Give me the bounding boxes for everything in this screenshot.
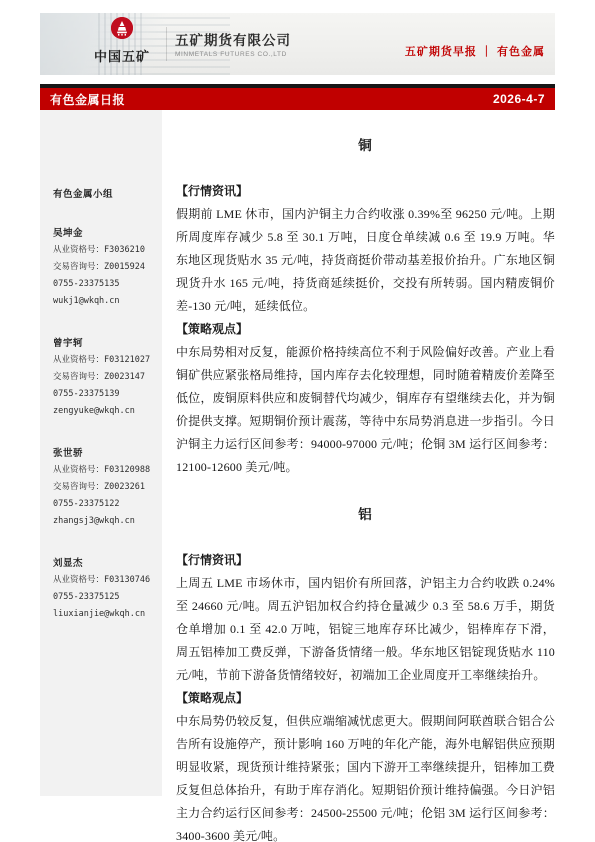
aluminum-strategy-text: 中东局势仍较反复，但供应端缩减忧虑更大。假期间阿联酋联合铝合公告所有设施停产，预… [176, 710, 555, 842]
analyst-email: liuxianjie@wkqh.cn [53, 606, 156, 623]
analyst-qualification: 从业资格号：F03120988 [53, 462, 156, 479]
analyst-consult-no: 交易咨询号：Z0023147 [53, 369, 156, 386]
analyst-card: 吴坤金 从业资格号：F3036210 交易咨询号：Z0015924 0755-2… [53, 225, 156, 310]
analyst-email: zengyuke@wkqh.cn [53, 403, 156, 420]
analyst-sidebar: 有色金属小组 吴坤金 从业资格号：F3036210 交易咨询号：Z0015924… [40, 110, 162, 796]
company-name-en: MINMETALS FUTURES CO.,LTD [175, 51, 291, 58]
analyst-email: wukj1@wkqh.cn [53, 293, 156, 310]
analyst-qualification: 从业资格号：F3036210 [53, 242, 156, 259]
minmetals-emblem-icon [111, 17, 133, 39]
analyst-consult-no: 交易咨询号：Z0023261 [53, 479, 156, 496]
company-name-cn: 五矿期货有限公司 [175, 29, 291, 49]
copper-strategy-text: 中东局势相对反复，能源价格持续高位不利于风险偏好改善。产业上看铜矿供应紧张格局维… [176, 341, 555, 479]
analyst-phone: 0755-23375135 [53, 276, 156, 293]
analyst-name: 刘显杰 [53, 555, 156, 569]
analyst-name: 曾宇轲 [53, 335, 156, 349]
report-page: 中国五矿 五矿期货有限公司 MINMETALS FUTURES CO.,LTD … [0, 0, 595, 842]
analyst-phone: 0755-23375122 [53, 496, 156, 513]
title-bar: 有色金属日报 2026-4-7 [40, 84, 555, 110]
header-banner: 中国五矿 五矿期货有限公司 MINMETALS FUTURES CO.,LTD … [40, 13, 555, 75]
report-series-label: 五矿期货早报 ｜ 有色金属 [405, 43, 545, 59]
brand-divider [166, 27, 167, 61]
brand-logo-text: 中国五矿 [86, 46, 158, 65]
brand-logo: 中国五矿 [86, 17, 158, 65]
aluminum-market-heading: 【行情资讯】 [176, 549, 555, 572]
company-name: 五矿期货有限公司 MINMETALS FUTURES CO.,LTD [175, 29, 291, 58]
team-title: 有色金属小组 [53, 186, 156, 200]
analyst-phone: 0755-23375125 [53, 589, 156, 606]
analyst-email: zhangsj3@wkqh.cn [53, 513, 156, 530]
analyst-qualification: 从业资格号：F03121027 [53, 352, 156, 369]
report-body: 铜 【行情资讯】 假期前 LME 休市，国内沪铜主力合约收涨 0.39%至 96… [176, 110, 555, 842]
copper-market-text: 假期前 LME 休市，国内沪铜主力合约收涨 0.39%至 96250 元/吨。上… [176, 203, 555, 318]
copper-market-heading: 【行情资讯】 [176, 180, 555, 203]
analyst-consult-no: 交易咨询号：Z0015924 [53, 259, 156, 276]
aluminum-strategy-heading: 【策略观点】 [176, 687, 555, 710]
analyst-phone: 0755-23375139 [53, 386, 156, 403]
report-title: 有色金属日报 [50, 91, 125, 108]
analyst-card: 刘显杰 从业资格号：F03130746 0755-23375125 liuxia… [53, 555, 156, 623]
aluminum-market-text: 上周五 LME 市场休市，国内铝价有所回落，沪铝主力合约收跌 0.24%至 24… [176, 572, 555, 687]
section-title-aluminum: 铝 [176, 503, 555, 523]
analyst-card: 张世骄 从业资格号：F03120988 交易咨询号：Z0023261 0755-… [53, 445, 156, 530]
analyst-qualification: 从业资格号：F03130746 [53, 572, 156, 589]
section-title-copper: 铜 [176, 134, 555, 154]
analyst-name: 张世骄 [53, 445, 156, 459]
copper-strategy-heading: 【策略观点】 [176, 318, 555, 341]
report-date: 2026-4-7 [493, 92, 545, 106]
analyst-name: 吴坤金 [53, 225, 156, 239]
analyst-card: 曾宇轲 从业资格号：F03121027 交易咨询号：Z0023147 0755-… [53, 335, 156, 420]
